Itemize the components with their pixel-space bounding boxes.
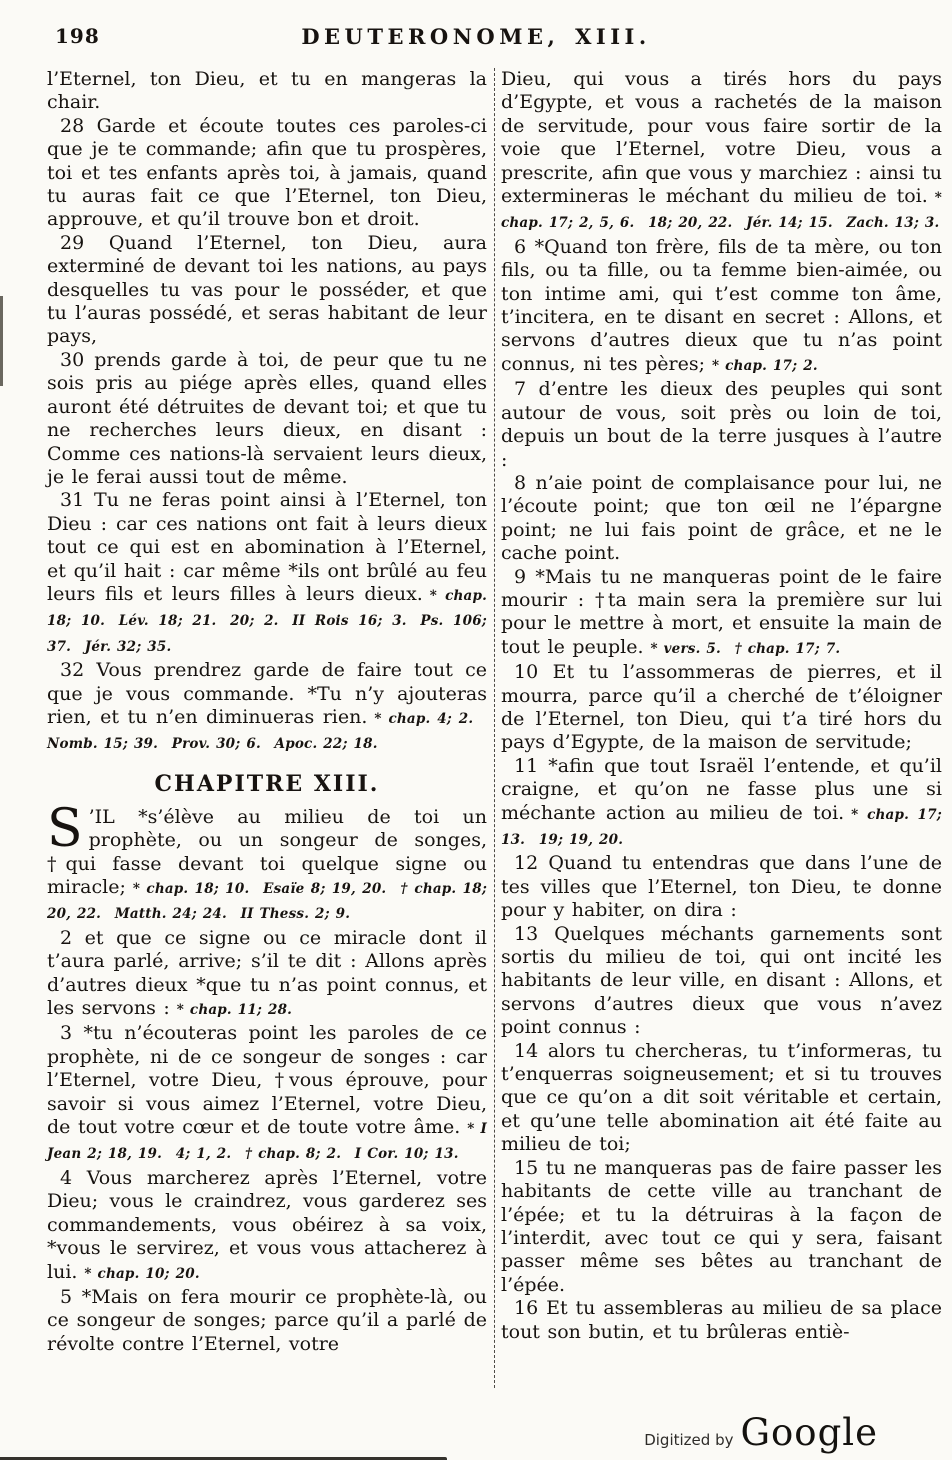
verse-paragraph: 16 Et tu assembleras au milieu de sa pla… [501, 1297, 942, 1344]
drop-cap: S [47, 806, 89, 850]
verse-paragraph: 28 Garde et écoute toutes ces paroles-ci… [47, 115, 487, 232]
scripture-references: * chap. 18; 10. Lév. 18; 21. 20; 2. II R… [47, 588, 487, 655]
page-title: DEUTERONOME, XIII. [0, 24, 952, 49]
digitized-by-label: Digitized by [644, 1431, 733, 1449]
verse-paragraph: 6 *Quand ton frère, fils de ta mère, ou … [501, 236, 942, 378]
verse-paragraph: 32 Vous prendrez garde de faire tout ce … [47, 659, 487, 757]
scripture-references: * chap. 17; 13. 19; 19, 20. [501, 807, 942, 848]
scan-artifact-left-edge [0, 296, 3, 386]
verse-paragraph: 12 Quand tu entendras que dans l’une de … [501, 852, 942, 922]
chapter-heading: CHAPITRE XIII. [47, 771, 487, 797]
text-columns: l’Eternel, ton Dieu, et tu en mangeras l… [0, 60, 952, 1388]
verse-paragraph: 15 tu ne manqueras pas de faire passer l… [501, 1157, 942, 1297]
continuation-paragraph: Dieu, qui vous a tirés hors du pays d’Eg… [501, 68, 942, 236]
scripture-references: * chap. 11; 28. [170, 1002, 292, 1018]
page-footer: Digitized by Google [644, 1411, 878, 1454]
scanned-book-page: 198 DEUTERONOME, XIII. l’Eternel, ton Di… [0, 0, 952, 1460]
right-column: Dieu, qui vous a tirés hors du pays d’Eg… [501, 68, 942, 1388]
scripture-references: * chap. 10; 20. [77, 1266, 199, 1282]
verse-paragraph: 9 *Mais tu ne manqueras point de le fair… [501, 566, 942, 662]
column-divider [494, 68, 495, 1388]
verse-paragraph: 5 *Mais on fera mourir ce prophète-là, o… [47, 1286, 487, 1356]
verse-paragraph: 7 d’entre les dieux des peuples qui sont… [501, 378, 942, 472]
verse-paragraph: 2 et que ce signe ou ce miracle dont il … [47, 927, 487, 1023]
verse-paragraph: 8 n’aie point de complaisance pour lui, … [501, 472, 942, 566]
scripture-references: * chap. 17; 2. [705, 358, 818, 374]
verse-paragraph: 13 Quelques méchants garnements sont sor… [501, 923, 942, 1040]
continuation-paragraph: l’Eternel, ton Dieu, et tu en mangeras l… [47, 68, 487, 115]
google-logo: Google [740, 1411, 878, 1454]
left-column: l’Eternel, ton Dieu, et tu en mangeras l… [47, 68, 487, 1388]
scripture-references: * chap. 17; 2, 5, 6. 18; 20, 22. Jér. 14… [501, 190, 942, 231]
scripture-references: * vers. 5. † chap. 17; 7. [644, 641, 841, 657]
verse-paragraph: 29 Quand l’Eternel, ton Dieu, aura exter… [47, 232, 487, 349]
verse-paragraph: 10 Et tu l’assommeras de pierres, et il … [501, 661, 942, 755]
verse-paragraph: 4 Vous marcherez après l’Eternel, votre … [47, 1167, 487, 1286]
verse-paragraph: 3 *tu n’écouteras point les paroles de c… [47, 1022, 487, 1166]
verse-paragraph: 30 prends garde à toi, de peur que tu ne… [47, 349, 487, 489]
verse-paragraph: 14 alors tu chercheras, tu t’informeras,… [501, 1040, 942, 1157]
scripture-references: * I Jean 2; 18, 19. 4; 1, 2. † chap. 8; … [47, 1121, 487, 1162]
scripture-references: * chap. 18; 10. Esaïe 8; 19, 20. † chap.… [47, 881, 487, 922]
verse-paragraph: 11 *afin que tout Israël l’entende, et q… [501, 755, 942, 853]
verse-paragraph: S’IL *s’élève au milieu de toi un prophè… [47, 806, 487, 927]
page-header: 198 DEUTERONOME, XIII. [0, 0, 952, 60]
verse-paragraph: 31 Tu ne feras point ainsi à l’Eternel, … [47, 489, 487, 659]
scripture-references: * chap. 4; 2. Nomb. 15; 39. Prov. 30; 6.… [47, 711, 487, 752]
